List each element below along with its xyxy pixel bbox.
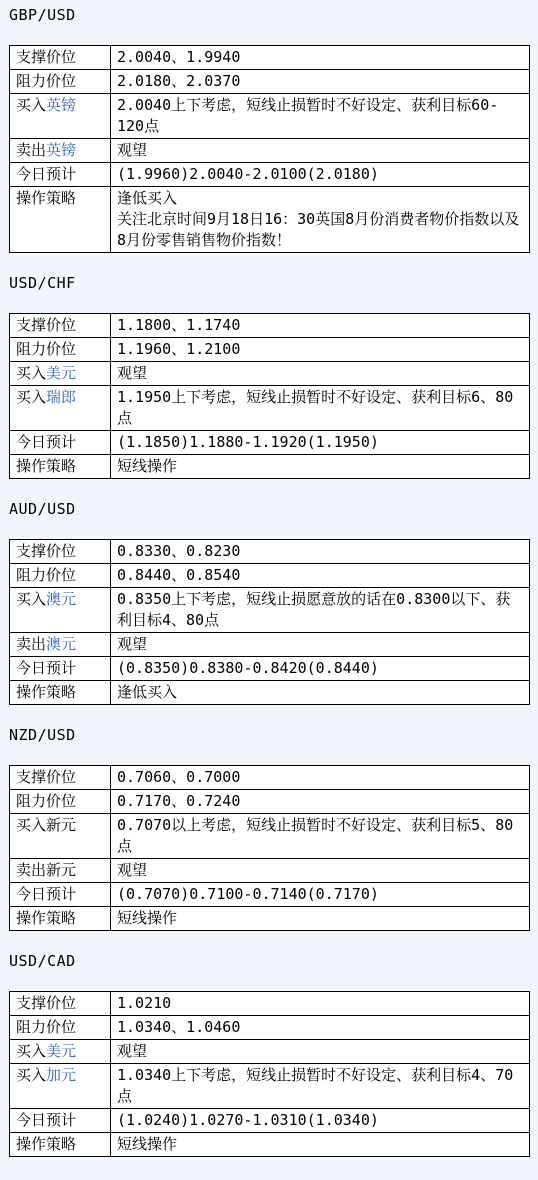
row-label: 今日预计 — [10, 431, 111, 455]
row-label-text: 操作策略 — [16, 909, 76, 927]
table-row: 买入美元 观望 — [10, 1040, 530, 1064]
table-row: 支撑价位 2.0040、1.9940 — [10, 46, 530, 70]
fx-report: GBP/USD 支撑价位 2.0040、1.9940 阻力价位 2.0180、2… — [9, 8, 530, 1157]
row-label: 买入新元 — [10, 814, 111, 859]
currency-link[interactable]: 澳元 — [46, 590, 76, 608]
row-label-text: 操作策略 — [16, 457, 76, 475]
currency-link: 新元 — [46, 816, 76, 834]
row-label-text: 今日预计 — [16, 433, 76, 451]
action-label: 买入 — [16, 590, 46, 608]
table-row: 买入美元 观望 — [10, 362, 530, 386]
row-label: 支撑价位 — [10, 46, 111, 70]
table-row: 卖出新元 观望 — [10, 859, 530, 883]
table-row: 买入澳元 0.8350上下考虑，短线止损愿意放的话在0.8300以下、获利目标4… — [10, 588, 530, 633]
currency-pair-section: NZD/USD 支撑价位 0.7060、0.7000 阻力价位 0.7170、0… — [9, 728, 530, 931]
row-label: 操作策略 — [10, 187, 111, 253]
row-value: 2.0040、1.9940 — [111, 46, 530, 70]
currency-link[interactable]: 英镑 — [46, 96, 76, 114]
table-row: 今日预计 (1.9960)2.0040-2.0100(2.0180) — [10, 163, 530, 187]
row-value: 2.0040上下考虑，短线止损暂时不好设定、获利目标60-120点 — [111, 94, 530, 139]
row-value: 短线操作 — [111, 907, 530, 931]
row-value: 0.7170、0.7240 — [111, 790, 530, 814]
currency-link[interactable]: 英镑 — [46, 141, 76, 159]
row-label: 操作策略 — [10, 455, 111, 479]
table-row: 卖出英镑 观望 — [10, 139, 530, 163]
row-label: 买入美元 — [10, 1040, 111, 1064]
row-value: 1.1950上下考虑，短线止损暂时不好设定、获利目标6、80点 — [111, 386, 530, 431]
row-label-text: 阻力价位 — [16, 792, 76, 810]
table-row: 买入英镑 2.0040上下考虑，短线止损暂时不好设定、获利目标60-120点 — [10, 94, 530, 139]
pair-table-body: 支撑价位 1.0210 阻力价位 1.0340、1.0460 买入美元 观望 买… — [10, 992, 530, 1157]
row-value: 0.7060、0.7000 — [111, 766, 530, 790]
table-row: 支撑价位 1.0210 — [10, 992, 530, 1016]
row-label: 卖出英镑 — [10, 139, 111, 163]
row-label-text: 支撑价位 — [16, 316, 76, 334]
row-label: 阻力价位 — [10, 790, 111, 814]
row-value: 短线操作 — [111, 455, 530, 479]
table-row: 今日预计 (0.8350)0.8380-0.8420(0.8440) — [10, 657, 530, 681]
row-label: 今日预计 — [10, 657, 111, 681]
pair-title: AUD/USD — [9, 502, 530, 517]
row-label-text: 今日预计 — [16, 165, 76, 183]
table-row: 阻力价位 1.0340、1.0460 — [10, 1016, 530, 1040]
action-label: 卖出 — [16, 141, 46, 159]
currency-pair-section: USD/CHF 支撑价位 1.1800、1.1740 阻力价位 1.1960、1… — [9, 276, 530, 479]
pair-title: NZD/USD — [9, 728, 530, 743]
table-row: 操作策略 逢低买入 — [10, 681, 530, 705]
table-row: 卖出澳元 观望 — [10, 633, 530, 657]
row-label-text: 今日预计 — [16, 659, 76, 677]
currency-pair-section: USD/CAD 支撑价位 1.0210 阻力价位 1.0340、1.0460 买… — [9, 954, 530, 1157]
row-value: 1.1960、1.2100 — [111, 338, 530, 362]
row-label: 买入瑞郎 — [10, 386, 111, 431]
action-label: 买入 — [16, 96, 46, 114]
table-row: 操作策略 逢低买入 关注北京时间9月18日16：30英国8月份消费者物价指数以及… — [10, 187, 530, 253]
row-label: 今日预计 — [10, 163, 111, 187]
row-value: 观望 — [111, 633, 530, 657]
currency-link[interactable]: 澳元 — [46, 635, 76, 653]
row-label: 操作策略 — [10, 681, 111, 705]
row-label: 买入澳元 — [10, 588, 111, 633]
pair-table: 支撑价位 1.0210 阻力价位 1.0340、1.0460 买入美元 观望 买… — [9, 991, 530, 1157]
row-label: 阻力价位 — [10, 70, 111, 94]
row-value: (1.0240)1.0270-1.0310(1.0340) — [111, 1109, 530, 1133]
currency-link[interactable]: 美元 — [46, 364, 76, 382]
row-value: (0.7070)0.7100-0.7140(0.7170) — [111, 883, 530, 907]
action-label: 买入 — [16, 388, 46, 406]
row-label-text: 支撑价位 — [16, 994, 76, 1012]
row-label-text: 阻力价位 — [16, 72, 76, 90]
row-label-text: 支撑价位 — [16, 542, 76, 560]
row-label: 买入加元 — [10, 1064, 111, 1109]
action-label: 买入 — [16, 1066, 46, 1084]
table-row: 今日预计 (1.0240)1.0270-1.0310(1.0340) — [10, 1109, 530, 1133]
row-label-text: 操作策略 — [16, 1135, 76, 1153]
row-value: 0.8330、0.8230 — [111, 540, 530, 564]
table-row: 买入加元 1.0340上下考虑，短线止损暂时不好设定、获利目标4、70点 — [10, 1064, 530, 1109]
row-value: 2.0180、2.0370 — [111, 70, 530, 94]
pair-table-body: 支撑价位 1.1800、1.1740 阻力价位 1.1960、1.2100 买入… — [10, 314, 530, 479]
row-label: 支撑价位 — [10, 314, 111, 338]
row-value: 短线操作 — [111, 1133, 530, 1157]
row-value: 观望 — [111, 139, 530, 163]
row-label: 操作策略 — [10, 907, 111, 931]
row-label: 阻力价位 — [10, 338, 111, 362]
pair-table-body: 支撑价位 2.0040、1.9940 阻力价位 2.0180、2.0370 买入… — [10, 46, 530, 253]
row-label: 买入美元 — [10, 362, 111, 386]
row-label-text: 阻力价位 — [16, 1018, 76, 1036]
row-label-text: 操作策略 — [16, 683, 76, 701]
action-label: 买入 — [16, 816, 46, 834]
table-row: 买入瑞郎 1.1950上下考虑，短线止损暂时不好设定、获利目标6、80点 — [10, 386, 530, 431]
row-value: 逢低买入 关注北京时间9月18日16：30英国8月份消费者物价指数以及8月份零售… — [111, 187, 530, 253]
row-value: 观望 — [111, 362, 530, 386]
table-row: 今日预计 (1.1850)1.1880-1.1920(1.1950) — [10, 431, 530, 455]
currency-pair-section: GBP/USD 支撑价位 2.0040、1.9940 阻力价位 2.0180、2… — [9, 8, 530, 253]
pair-table: 支撑价位 2.0040、1.9940 阻力价位 2.0180、2.0370 买入… — [9, 45, 530, 253]
pair-table: 支撑价位 0.8330、0.8230 阻力价位 0.8440、0.8540 买入… — [9, 539, 530, 705]
row-value: 0.7070以上考虑，短线止损暂时不好设定、获利目标5、80点 — [111, 814, 530, 859]
action-label: 买入 — [16, 364, 46, 382]
table-row: 支撑价位 0.8330、0.8230 — [10, 540, 530, 564]
row-label: 支撑价位 — [10, 540, 111, 564]
currency-link[interactable]: 美元 — [46, 1042, 76, 1060]
table-row: 操作策略 短线操作 — [10, 1133, 530, 1157]
table-row: 阻力价位 1.1960、1.2100 — [10, 338, 530, 362]
row-label: 卖出澳元 — [10, 633, 111, 657]
table-row: 支撑价位 1.1800、1.1740 — [10, 314, 530, 338]
row-label: 买入英镑 — [10, 94, 111, 139]
row-value: 逢低买入 — [111, 681, 530, 705]
row-value: 0.8440、0.8540 — [111, 564, 530, 588]
row-value: 1.0340、1.0460 — [111, 1016, 530, 1040]
pair-title: USD/CHF — [9, 276, 530, 291]
row-label-text: 今日预计 — [16, 1111, 76, 1129]
table-row: 买入新元 0.7070以上考虑，短线止损暂时不好设定、获利目标5、80点 — [10, 814, 530, 859]
row-label: 阻力价位 — [10, 564, 111, 588]
row-value: (1.9960)2.0040-2.0100(2.0180) — [111, 163, 530, 187]
row-value: 1.0210 — [111, 992, 530, 1016]
row-value: 观望 — [111, 859, 530, 883]
row-label-text: 今日预计 — [16, 885, 76, 903]
row-label: 今日预计 — [10, 883, 111, 907]
row-label-text: 阻力价位 — [16, 340, 76, 358]
table-row: 操作策略 短线操作 — [10, 907, 530, 931]
row-label: 今日预计 — [10, 1109, 111, 1133]
row-value: 0.8350上下考虑，短线止损愿意放的话在0.8300以下、获利目标4、80点 — [111, 588, 530, 633]
row-label-text: 支撑价位 — [16, 768, 76, 786]
pair-table-body: 支撑价位 0.8330、0.8230 阻力价位 0.8440、0.8540 买入… — [10, 540, 530, 705]
table-row: 支撑价位 0.7060、0.7000 — [10, 766, 530, 790]
row-label-text: 阻力价位 — [16, 566, 76, 584]
row-label: 阻力价位 — [10, 1016, 111, 1040]
action-label: 买入 — [16, 1042, 46, 1060]
row-value: 观望 — [111, 1040, 530, 1064]
pair-title: USD/CAD — [9, 954, 530, 969]
pair-table: 支撑价位 0.7060、0.7000 阻力价位 0.7170、0.7240 买入… — [9, 765, 530, 931]
row-value: 1.1800、1.1740 — [111, 314, 530, 338]
currency-pair-section: AUD/USD 支撑价位 0.8330、0.8230 阻力价位 0.8440、0… — [9, 502, 530, 705]
table-row: 操作策略 短线操作 — [10, 455, 530, 479]
row-label: 卖出新元 — [10, 859, 111, 883]
pair-table-body: 支撑价位 0.7060、0.7000 阻力价位 0.7170、0.7240 买入… — [10, 766, 530, 931]
row-label: 支撑价位 — [10, 992, 111, 1016]
row-label: 支撑价位 — [10, 766, 111, 790]
action-label: 卖出 — [16, 635, 46, 653]
pair-title: GBP/USD — [9, 8, 530, 23]
currency-link: 新元 — [46, 861, 76, 879]
row-value: (0.8350)0.8380-0.8420(0.8440) — [111, 657, 530, 681]
row-value: (1.1850)1.1880-1.1920(1.1950) — [111, 431, 530, 455]
currency-link[interactable]: 加元 — [46, 1066, 76, 1084]
row-label-text: 支撑价位 — [16, 48, 76, 66]
row-value: 1.0340上下考虑，短线止损暂时不好设定、获利目标4、70点 — [111, 1064, 530, 1109]
table-row: 阻力价位 0.7170、0.7240 — [10, 790, 530, 814]
action-label: 卖出 — [16, 861, 46, 879]
table-row: 阻力价位 0.8440、0.8540 — [10, 564, 530, 588]
table-row: 今日预计 (0.7070)0.7100-0.7140(0.7170) — [10, 883, 530, 907]
currency-link[interactable]: 瑞郎 — [46, 388, 76, 406]
table-row: 阻力价位 2.0180、2.0370 — [10, 70, 530, 94]
row-label: 操作策略 — [10, 1133, 111, 1157]
row-label-text: 操作策略 — [16, 189, 76, 207]
pair-table: 支撑价位 1.1800、1.1740 阻力价位 1.1960、1.2100 买入… — [9, 313, 530, 479]
